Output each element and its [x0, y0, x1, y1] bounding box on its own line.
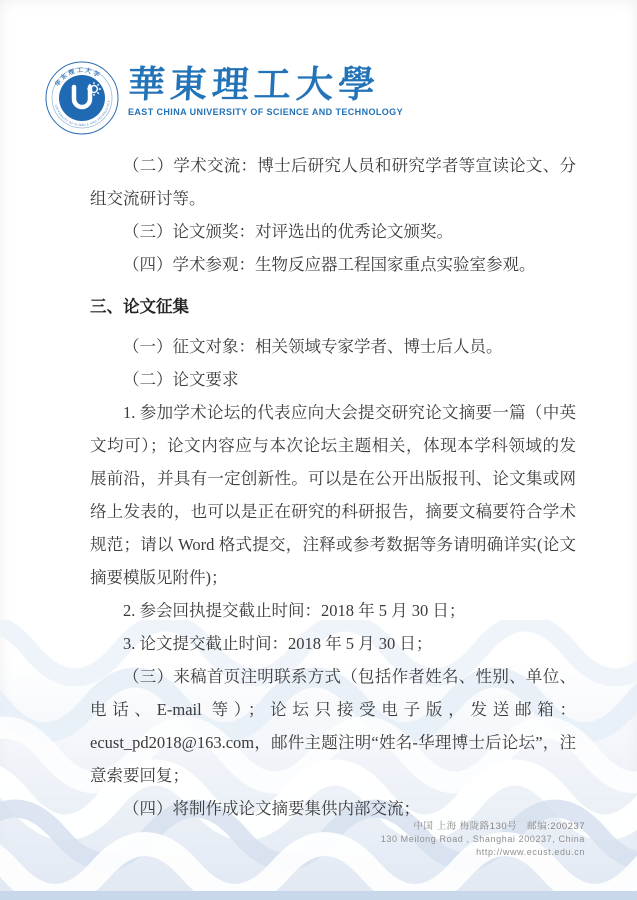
- para-requirement-3-paper-deadline: 3. 论文提交截止时间：2018 年 5 月 30 日；: [90, 627, 576, 660]
- para-requirement-1-abstract: 1. 参加学术论坛的代表应向大会提交研究论文摘要一篇（中英文均可）；论文内容应与…: [90, 396, 576, 594]
- university-name-calligraphy: 華東理工大學: [127, 64, 404, 104]
- para-academic-exchange: （二）学术交流：博士后研究人员和研究学者等宣读论文、分组交流研讨等。: [90, 149, 576, 215]
- brand-block: 華東理工大學 EAST CHINA UNIVERSITY OF SCIENCE …: [128, 60, 403, 117]
- seal-inner-disc: [59, 75, 105, 121]
- para-paper-requirements: （二）论文要求: [90, 363, 576, 396]
- para-contact-info-email: （三）来稿首页注明联系方式（包括作者姓名、性别、单位、电话、E-mail 等）；…: [90, 660, 576, 792]
- footer-website: http://www.ecust.edu.cn: [381, 846, 585, 859]
- letterhead: 华东理工大学 UNIVERSITY OF SCIENCE AND TECHNOL…: [44, 60, 403, 136]
- para-paper-awards: （三）论文颁奖：对评选出的优秀论文颁奖。: [90, 215, 576, 248]
- document-page: 华东理工大学 UNIVERSITY OF SCIENCE AND TECHNOL…: [0, 0, 637, 900]
- university-seal-logo: 华东理工大学 UNIVERSITY OF SCIENCE AND TECHNOL…: [44, 60, 120, 136]
- footer-address-en: 130 Meilong Road , Shanghai 200237, Chin…: [381, 833, 585, 846]
- para-requirement-2-reply-deadline: 2. 参会回执提交截止时间：2018 年 5 月 30 日；: [90, 594, 576, 627]
- footer-address-block: 中国 上海 梅陇路130号 邮编:200237 130 Meilong Road…: [381, 820, 585, 859]
- university-name-english: EAST CHINA UNIVERSITY OF SCIENCE AND TEC…: [128, 107, 403, 117]
- para-academic-visit: （四）学术参观：生物反应器工程国家重点实验室参观。: [90, 248, 576, 281]
- section-heading-paper-solicitation: 三、论文征集: [90, 290, 576, 323]
- para-solicitation-targets: （一）征文对象：相关领域专家学者、博士后人员。: [90, 330, 576, 363]
- document-body: （二）学术交流：博士后研究人员和研究学者等宣读论文、分组交流研讨等。 （三）论文…: [90, 149, 576, 825]
- footer-address-cn: 中国 上海 梅陇路130号 邮编:200237: [381, 820, 585, 833]
